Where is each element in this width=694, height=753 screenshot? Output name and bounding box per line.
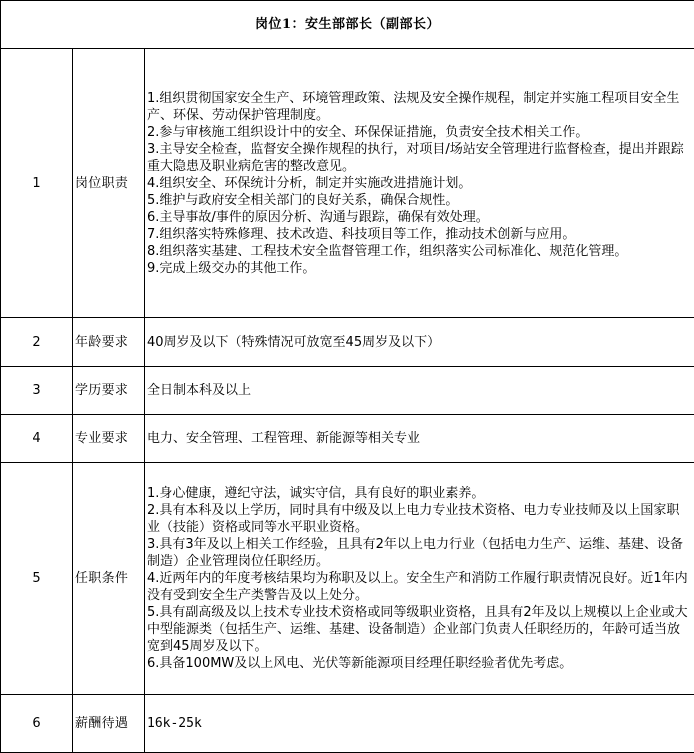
row-number: 3 <box>1 367 73 415</box>
qualification-item: 2.具有本科及以上学历，同时具有中级及以上电力专业技术资格、电力专业技师及以上国… <box>147 502 692 536</box>
qualification-item: 3.具有3年及以上相关工作经验，且具有2年以上电力行业（包括电力生产、运维、基建… <box>147 536 692 570</box>
row-label: 岗位职责 <box>73 49 145 318</box>
duty-item: 3.主导安全检查，监督安全操作规程的执行，对项目/场站安全管理进行监督检查，提出… <box>147 141 692 175</box>
row-number: 1 <box>1 49 73 318</box>
row-label: 年龄要求 <box>73 318 145 367</box>
table-row-age: 2 年龄要求 40周岁及以下（特殊情况可放宽至45周岁及以下） <box>1 318 694 367</box>
education-requirement: 全日制本科及以上 <box>145 367 694 415</box>
qualifications-content: 1.身心健康，遵纪守法，诚实守信，具有良好的职业素养。 2.具有本科及以上学历，… <box>145 463 694 695</box>
row-label: 薪酬待遇 <box>73 695 145 753</box>
table-row-salary: 6 薪酬待遇 16k-25k <box>1 695 694 753</box>
table-row-duties: 1 岗位职责 1.组织贯彻国家安全生产、环境管理政策、法规及安全操作规程，制定并… <box>1 49 694 318</box>
duty-item: 6.主导事故/事件的原因分析、沟通与跟踪，确保有效处理。 <box>147 209 692 226</box>
duty-item: 4.组织安全、环保统计分析，制定并实施改进措施计划。 <box>147 175 692 192</box>
row-number: 6 <box>1 695 73 753</box>
major-requirement: 电力、安全管理、工程管理、新能源等相关专业 <box>145 415 694 463</box>
qualification-item: 4.近两年内的年度考核结果均为称职及以上。安全生产和消防工作履行职责情况良好。近… <box>147 570 692 604</box>
duty-item: 5.维护与政府安全相关部门的良好关系，确保合规性。 <box>147 192 692 209</box>
row-number: 2 <box>1 318 73 367</box>
age-requirement: 40周岁及以下（特殊情况可放宽至45周岁及以下） <box>145 318 694 367</box>
row-label: 专业要求 <box>73 415 145 463</box>
job-posting-table: 岗位1：安生部部长（副部长） 1 岗位职责 1.组织贯彻国家安全生产、环境管理政… <box>0 0 694 753</box>
duty-item: 8.组织落实基建、工程技术安全监督管理工作，组织落实公司标准化、规范化管理。 <box>147 243 692 260</box>
duty-item: 2.参与审核施工组织设计中的安全、环保保证措施，负责安全技术相关工作。 <box>147 124 692 141</box>
table-row-qualifications: 5 任职条件 1.身心健康，遵纪守法，诚实守信，具有良好的职业素养。 2.具有本… <box>1 463 694 695</box>
qualification-item: 5.具有副高级及以上技术专业技术资格或同等级职业资格，且具有2年及以上规模以上企… <box>147 604 692 655</box>
qualification-item: 6.具备100MW及以上风电、光伏等新能源项目经理任职经验者优先考虑。 <box>147 655 692 672</box>
row-label: 学历要求 <box>73 367 145 415</box>
duties-content: 1.组织贯彻国家安全生产、环境管理政策、法规及安全操作规程，制定并实施工程项目安… <box>145 49 694 318</box>
row-number: 4 <box>1 415 73 463</box>
table-row-education: 3 学历要求 全日制本科及以上 <box>1 367 694 415</box>
row-number: 5 <box>1 463 73 695</box>
title-row: 岗位1：安生部部长（副部长） <box>1 1 694 49</box>
duty-item: 9.完成上级交办的其他工作。 <box>147 260 692 277</box>
row-label: 任职条件 <box>73 463 145 695</box>
salary-range: 16k-25k <box>145 695 694 753</box>
table-row-major: 4 专业要求 电力、安全管理、工程管理、新能源等相关专业 <box>1 415 694 463</box>
position-title: 岗位1：安生部部长（副部长） <box>1 1 694 49</box>
qualification-item: 1.身心健康，遵纪守法，诚实守信，具有良好的职业素养。 <box>147 485 692 502</box>
duty-item: 7.组织落实特殊修理、技术改造、科技项目等工作，推动技术创新与应用。 <box>147 226 692 243</box>
duty-item: 1.组织贯彻国家安全生产、环境管理政策、法规及安全操作规程，制定并实施工程项目安… <box>147 90 692 124</box>
